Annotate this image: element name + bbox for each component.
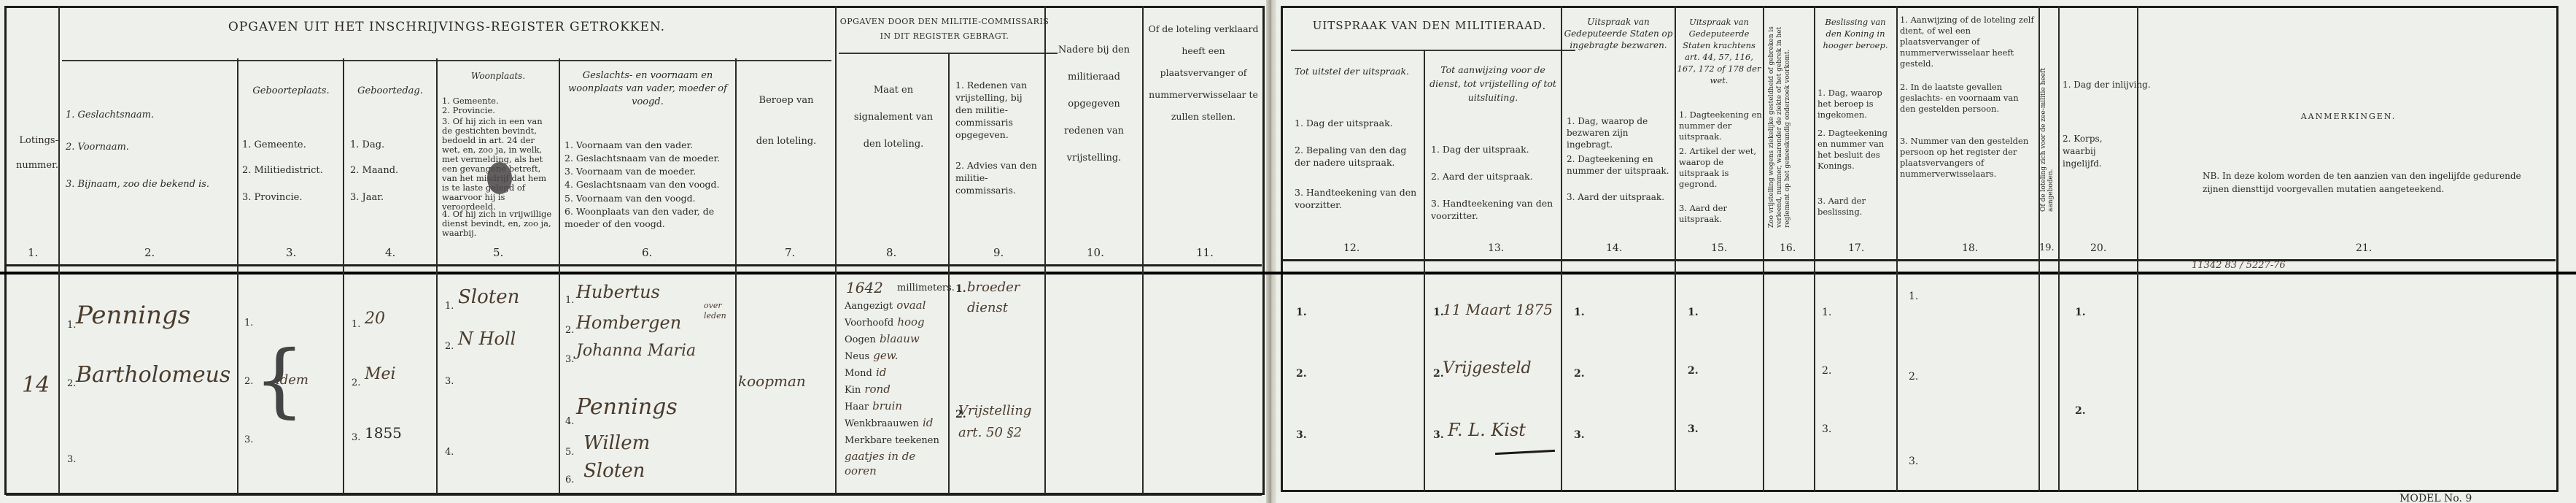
lotingsnummer: 14 — [22, 372, 50, 398]
signalement-list: Aangezigt ovaal Voorhoofd hoog Oogen bla… — [845, 298, 947, 478]
col18-item-3: 3. Nummer van den gestelden persoon op h… — [1900, 136, 2036, 180]
marker: 3. — [1688, 423, 1699, 435]
marker: 2. — [1909, 371, 1918, 383]
col20-item-1: 1. Dag der inlijving. — [2063, 79, 2151, 91]
field-label: Kin — [845, 385, 861, 396]
col-number: 10. — [1087, 246, 1104, 259]
col9-item-2: 2. Advies van den militie-commissaris. — [955, 159, 1041, 196]
signalement-field: Haar bruin — [845, 399, 947, 415]
right-header-bottom-rule — [1282, 259, 2556, 261]
row-separator — [0, 272, 2576, 274]
voogd-voornaam: Willem — [583, 432, 650, 454]
voornaam: Bartholomeus — [76, 362, 230, 388]
marker: 1. — [955, 283, 966, 295]
vader-voornaam: Hubertus — [576, 282, 660, 302]
field-value: hoog — [897, 315, 924, 329]
marker: 3. — [244, 434, 253, 445]
col12-item-2: 2. Bepaling van den dag der nadere uitsp… — [1295, 144, 1422, 169]
col-divider — [1044, 6, 1046, 494]
marker: 3. — [67, 454, 76, 465]
overleden-note: over leden — [704, 301, 732, 321]
marker: 3. — [1574, 429, 1585, 441]
signalement-field: Kin rond — [845, 382, 947, 399]
militieraad-subheader-rule — [1291, 50, 1575, 51]
marker: 1. — [1296, 307, 1307, 318]
signalement-field: Mond id — [845, 365, 947, 382]
lengte-unit: millimeters. — [897, 282, 955, 294]
marker: 2. — [1296, 368, 1307, 380]
left-subheader-rule — [62, 60, 831, 61]
marker: 1. — [1909, 291, 1918, 302]
col15-item-1: 1. Dagteekening en nummer der uitspraak. — [1679, 110, 1762, 142]
marker: 1. — [2075, 307, 2086, 318]
geboortedag-dag: 20 — [365, 310, 385, 328]
signalement-field: Oogen blaauw — [845, 331, 947, 348]
marker: 3. — [565, 354, 574, 365]
marker: 2. — [1822, 365, 1831, 377]
field-label: Voorhoofd — [845, 318, 893, 329]
field-value: gaatjes in de ooren — [845, 449, 939, 478]
marker: 1. — [1822, 307, 1831, 318]
col11-title: Of de loteling verklaard heeft een plaat… — [1145, 18, 1262, 128]
field-label: Aangezigt — [845, 301, 893, 312]
col-divider — [436, 58, 438, 494]
col-number: 2. — [144, 246, 155, 259]
col-divider — [1814, 6, 1815, 492]
col17-item-2: 2. Dagteekening en nummer van het beslui… — [1817, 128, 1895, 172]
col18-item-1: 1. Aanwijzing of de loteling zelf dient,… — [1900, 15, 2036, 69]
col6-item-3: 3. Voornaam van de moeder. — [565, 165, 696, 177]
marker: 1. — [445, 301, 454, 312]
col-divider — [2058, 6, 2060, 492]
col17-item-3: 3. Aard der beslissing. — [1817, 196, 1895, 218]
section-title-inschrijving: OPGAVEN UIT HET INSCHRIJVINGS-REGISTER G… — [62, 20, 831, 34]
marker: 1. — [67, 320, 76, 331]
field-value: bruin — [872, 399, 902, 412]
col-divider — [1896, 6, 1898, 492]
col6-item-1: 1. Voornaam van den vader. — [565, 139, 693, 151]
col-divider — [343, 58, 344, 494]
marker: 3. — [1909, 456, 1918, 467]
col6-item-4: 4. Geslachtsnaam van den voogd. — [565, 178, 719, 191]
marker: 1. — [565, 295, 574, 306]
col3-item-2: 2. Militiedistrict. — [242, 164, 323, 177]
col5-item-4: 4. Of hij zich in vrijwillige dienst bev… — [442, 210, 554, 238]
col5-title: Woonplaats. — [438, 69, 559, 83]
col6-item-6: 6. Woonplaats van den vader, de moeder o… — [565, 205, 734, 230]
col-number: 18. — [1962, 242, 1978, 254]
field-label: Oogen — [845, 334, 876, 345]
col-number: 3. — [286, 246, 296, 259]
signalement-field: Aangezigt ovaal — [845, 298, 947, 315]
marker: 2. — [445, 341, 454, 352]
col14-title: Uitspraak van Gedeputeerde Staten op ing… — [1564, 16, 1673, 51]
field-value: id — [923, 416, 933, 429]
field-value: ovaal — [896, 299, 926, 312]
col6-item-5: 5. Voornaam van den voogd. — [565, 192, 696, 204]
col-number: 15. — [1711, 242, 1727, 254]
col17-item-1: 1. Dag, waarop het beroep is ingekomen. — [1817, 88, 1895, 120]
geboorteplaats: idem — [276, 372, 309, 388]
field-value: gew. — [873, 349, 898, 362]
geslachtsnaam: Pennings — [76, 301, 190, 330]
col-divider — [1424, 50, 1425, 492]
col4-item-2: 2. Maand. — [350, 164, 398, 177]
col1-title: Lotings-nummer. — [6, 128, 58, 178]
col7-title: Beroep van den loteling. — [751, 80, 821, 162]
col5-item-2: 2. Provincie. — [442, 106, 495, 115]
left-bottom-rule — [6, 494, 1262, 496]
vrijstelling-redenen: broeder dienst — [967, 277, 1040, 318]
beroep: koopman — [738, 372, 806, 390]
woonplaats-gemeente: Sloten — [458, 286, 519, 308]
col-divider — [58, 6, 60, 494]
marker: 5. — [565, 447, 574, 458]
militieraad-handteekening: F. L. Kist — [1448, 420, 1526, 440]
col-divider — [1142, 6, 1144, 494]
col13-title: Tot aanwijzing voor de dienst, tot vrijs… — [1427, 63, 1559, 104]
marker: 6. — [565, 475, 574, 485]
marker: 1. — [1574, 307, 1585, 318]
col15-item-2: 2. Artikel der wet, waarop de uitspraak … — [1679, 146, 1762, 190]
col-divider — [735, 58, 737, 494]
col14-item-2: 2. Dagteekening en nummer der uitspraak. — [1567, 153, 1672, 177]
marker: 1. — [1688, 307, 1699, 318]
geboortedag-maand: Mei — [365, 365, 396, 383]
col-divider — [948, 53, 950, 494]
col4-item-1: 1. Dag. — [350, 139, 384, 151]
field-label: Haar — [845, 402, 869, 412]
geboortedag-jaar: 1855 — [365, 426, 402, 440]
col15-item-3: 3. Aard der uitspraak. — [1679, 203, 1762, 225]
book-binding — [1266, 0, 1276, 503]
col21-title: AANMERKINGEN. — [2141, 110, 2556, 123]
voogd-geslachtsnaam: Pennings — [576, 394, 678, 420]
col6-title: Geslachts- en voornaam en woonplaats van… — [563, 69, 732, 109]
col-number: 14. — [1606, 242, 1622, 254]
col-divider — [237, 58, 238, 494]
col14-item-1: 1. Dag, waarop de bezwaren zijn ingebrag… — [1567, 115, 1672, 150]
vrijstelling-advies: Vrijstelling art. 50 §2 — [958, 400, 1042, 444]
col14-item-3: 3. Aard der uitspraak. — [1567, 191, 1672, 203]
moeder-geslachtsnaam: Hombergen — [576, 312, 681, 333]
col19-title: Of de loteling zich voor de zee-militie … — [2040, 37, 2057, 212]
signalement-field: Merkbare teekenen — [845, 432, 947, 449]
col-number: 19. — [2039, 242, 2055, 253]
punch-hole — [487, 162, 512, 194]
marker: 4. — [565, 416, 574, 427]
marker: 3. — [1433, 429, 1444, 441]
militieraad-dag: 11 Maart 1875 — [1443, 301, 1553, 318]
ouders-woonplaats: Sloten — [583, 460, 645, 482]
col12-item-3: 3. Handteekening van den voorzitter. — [1295, 186, 1422, 211]
marker: 3. — [352, 432, 360, 443]
marker: 3. — [1296, 429, 1307, 441]
col2-item-3: 3. Bijnaam, zoo die bekend is. — [66, 177, 209, 191]
marker: 4. — [445, 447, 454, 458]
col-divider — [559, 58, 560, 494]
col10-title: Nadere bij den militieraad opgegeven red… — [1049, 37, 1139, 172]
signalement-field: Wenkbraauwen id — [845, 415, 947, 432]
lengte: 1642 — [846, 279, 883, 296]
col-divider — [1675, 6, 1676, 492]
section-title-commissaris: OPGAVEN DOOR DEN MILITIE-COMMISSARIS IN … — [839, 15, 1050, 44]
marker: 2. — [2075, 405, 2086, 417]
col-divider — [835, 6, 837, 494]
footer-model: MODEL No. 9 — [2400, 492, 2472, 503]
militieraad-aard: Vrijgesteld — [1443, 359, 1532, 377]
col-number: 11. — [1196, 246, 1214, 259]
col-number: 7. — [785, 246, 795, 259]
col9-item-1: 1. Redenen van vrijstelling, bij den mil… — [955, 79, 1041, 141]
col3-item-1: 1. Gemeente. — [242, 139, 306, 151]
col-number: 17. — [1848, 242, 1864, 254]
marker: 2. — [565, 325, 574, 336]
field-value: id — [876, 366, 886, 379]
marker: 2. — [67, 378, 76, 389]
marker: 2. — [244, 376, 253, 387]
col2-item-1: 1. Geslachtsnaam. — [66, 108, 154, 122]
signalement-field: Neus gew. — [845, 348, 947, 365]
marker: 2. — [352, 377, 360, 388]
col-number: 13. — [1488, 242, 1504, 254]
col-divider — [1561, 6, 1562, 492]
col-number: 16. — [1780, 242, 1796, 254]
col-number: 9. — [993, 246, 1004, 259]
marker: 1. — [244, 318, 253, 329]
col17-title: Beslissing van den Koning in hooger bero… — [1816, 16, 1895, 51]
marker: 3. — [1822, 423, 1831, 435]
field-label: Wenkbraauwen — [845, 418, 919, 429]
col-divider — [1763, 6, 1764, 492]
col-number: 12. — [1343, 242, 1359, 254]
field-value: blaauw — [880, 332, 920, 345]
col-number: 5. — [493, 246, 503, 259]
col12-title: Tot uitstel der uitspraak. — [1295, 64, 1409, 78]
col3-item-3: 3. Provincie. — [242, 191, 302, 204]
col-number: 8. — [886, 246, 896, 259]
marker: 2. — [1574, 368, 1585, 380]
col21-note: NB. In deze kolom worden de ten aanzien … — [2203, 169, 2531, 196]
moeder-voornaam: Johanna Maria — [576, 342, 696, 360]
field-label: Mond — [845, 368, 872, 379]
col-number: 1. — [28, 246, 38, 259]
section-title-militieraad: UITSPRAAK VAN DEN MILITIERAAD. — [1291, 19, 1568, 33]
col13-item-2: 2. Aard der uitspraak. — [1431, 170, 1533, 183]
col12-item-1: 1. Dag der uitspraak. — [1295, 117, 1393, 129]
col4-title: Geboortedag. — [344, 84, 436, 98]
col-number: 21. — [2356, 242, 2372, 254]
col20-item-2: 2. Korps, waarbij ingelijfd. — [2063, 133, 2134, 170]
col3-title: Geboorteplaats. — [241, 84, 341, 98]
field-label: Neus — [845, 351, 869, 362]
marker: 1. — [352, 319, 360, 330]
col4-item-3: 3. Jaar. — [350, 191, 384, 204]
col16-title: Zoo vrijstelling wegens ziekelijke geste… — [1768, 16, 1810, 228]
col8-title: Maat en signalement van den loteling. — [846, 77, 941, 158]
signalement-field: Voorhoofd hoog — [845, 315, 947, 331]
col2-item-2: 2. Voornaam. — [66, 140, 129, 154]
aanmerkingen-note: 11342 83 / 5227-76 — [2192, 260, 2286, 271]
left-header-bottom-rule — [6, 264, 1262, 266]
col-number: 20. — [2090, 242, 2106, 254]
col-number: 4. — [385, 246, 395, 259]
marker: 2. — [1688, 365, 1699, 377]
marker: 3. — [445, 376, 454, 387]
col-number: 6. — [642, 246, 652, 259]
col6-item-2: 2. Geslachtsnaam van de moeder. — [565, 152, 720, 164]
col13-item-1: 1. Dag der uitspraak. — [1431, 143, 1529, 155]
field-label: Merkbare teekenen — [845, 435, 939, 446]
col13-item-3: 3. Handteekening van den voorzitter. — [1431, 197, 1559, 222]
col15-title: Uitspraak van Gedeputeerde Staten kracht… — [1677, 16, 1761, 86]
col18-item-2: 2. In de laatste gevallen geslachts- en … — [1900, 82, 2036, 115]
field-value: rond — [864, 383, 890, 396]
woonplaats-provincie: N Holl — [458, 329, 516, 349]
